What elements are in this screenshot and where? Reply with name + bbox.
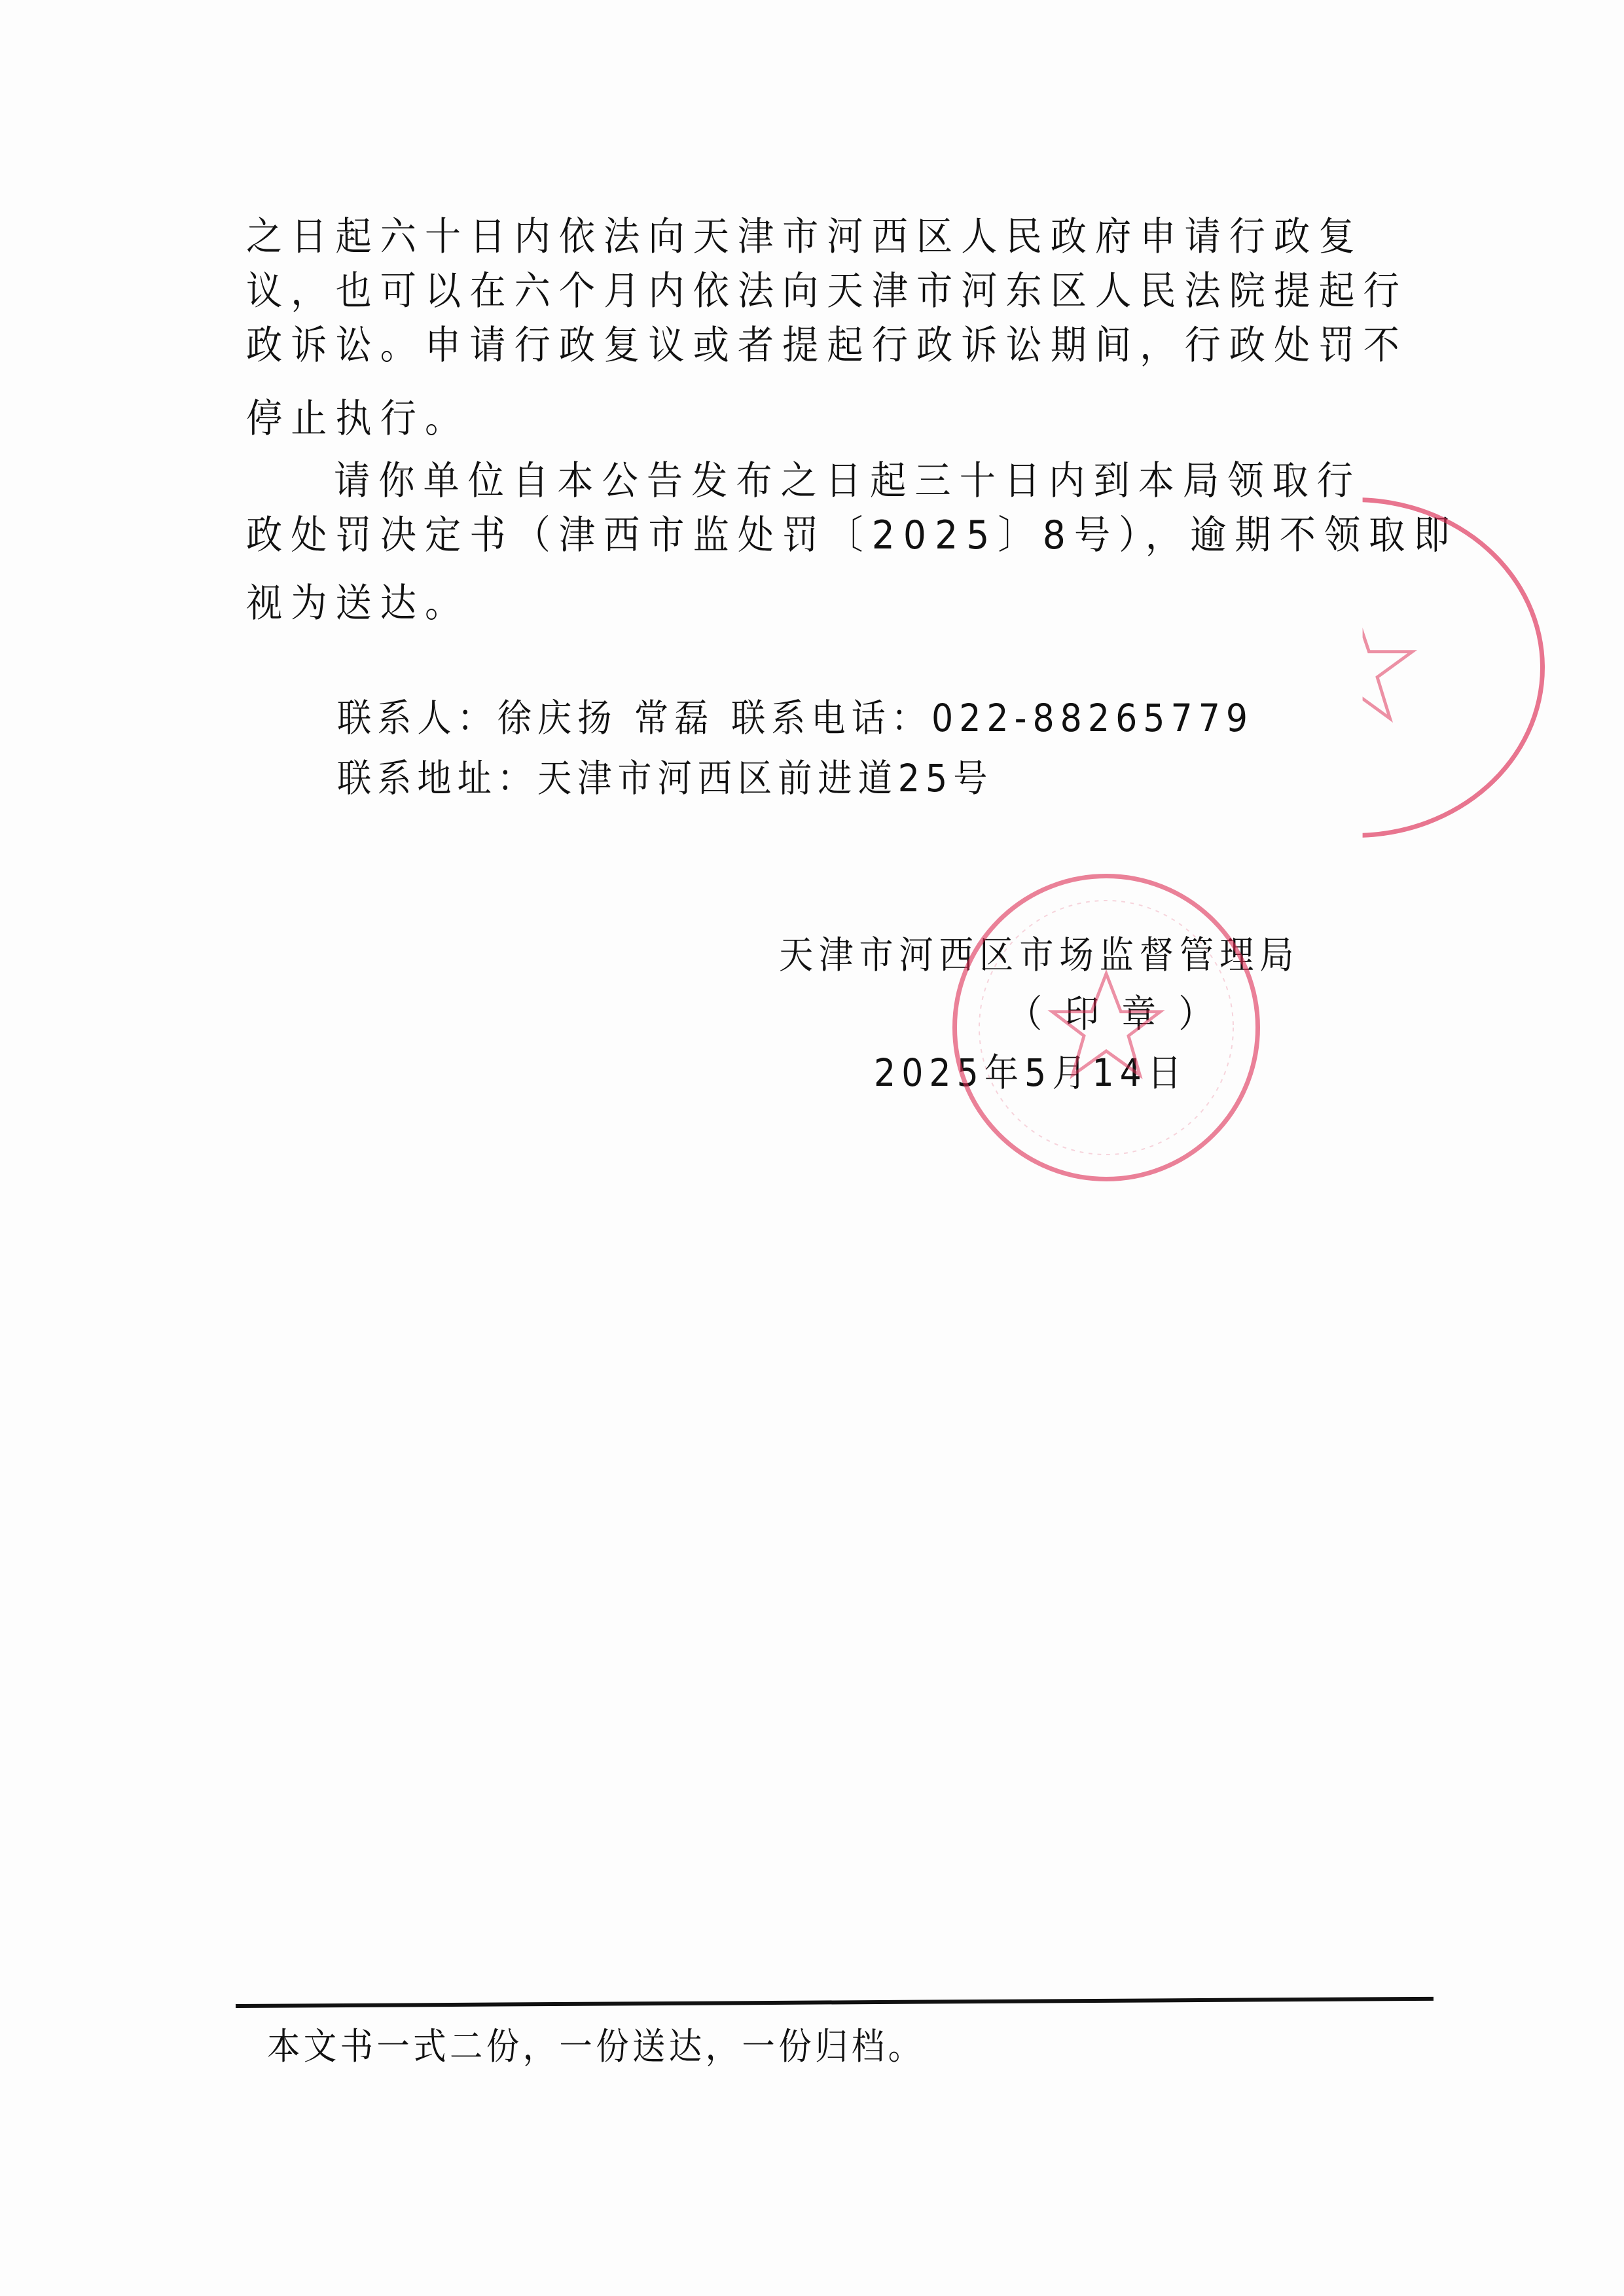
footer-divider: [236, 1997, 1434, 2008]
body-line-3: 政诉讼。申请行政复议或者提起行政诉讼期间，行政处罚不: [246, 326, 1408, 365]
official-seal: [952, 874, 1260, 1181]
body-line-5: 请你单位自本公告发布之日起三十日内到本局领取行: [334, 461, 1362, 501]
contact-address-line: 联系地址：天津市河西区前进道25号: [337, 759, 993, 797]
body-line-2: 议，也可以在六个月内依法向天津市河东区人民法院提起行: [246, 272, 1408, 311]
body-line-4: 停止执行。: [246, 399, 469, 439]
body-line-7: 视为送达。: [246, 584, 469, 623]
seal-star-icon: [957, 878, 1255, 1177]
body-line-6: 政处罚决定书（津西市监处罚〔2025〕8号），逾期不领取即: [246, 516, 1458, 555]
footer-note: 本文书一式二份，一份送达，一份归档。: [267, 2029, 924, 2066]
contact-persons-line: 联系人：徐庆扬 常磊 联系电话：022-88265779: [337, 699, 1254, 737]
body-line-1: 之日起六十日内依法向天津市河西区人民政府申请行政复: [246, 217, 1363, 257]
document-page: 之日起六十日内依法向天津市河西区人民政府申请行政复 议，也可以在六个月内依法向天…: [0, 0, 1624, 2296]
